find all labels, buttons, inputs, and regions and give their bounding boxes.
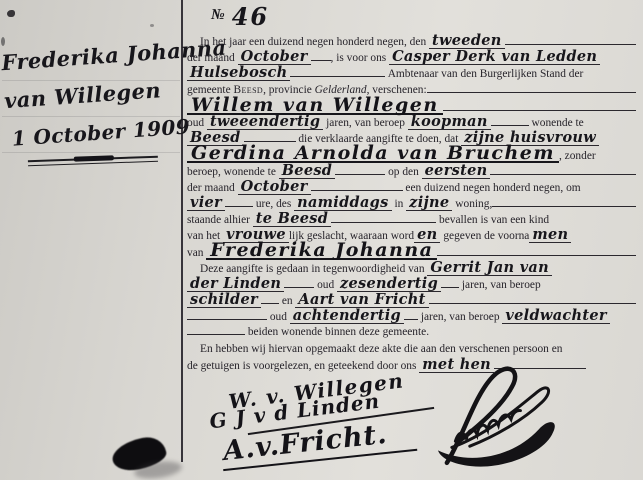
handwritten-entry: tweeendertig xyxy=(207,114,323,130)
printed-text: Ambtenaar van den Burgerlijken Stand der xyxy=(385,66,583,82)
birth-certificate-scan: Frederika Johanna van Willegen 1 October… xyxy=(0,0,643,480)
handwritten-entry: te Beesd xyxy=(253,211,331,227)
act-line: In het jaar een duizend negen honderd ne… xyxy=(187,33,636,49)
act-line: van Frederika Johanna xyxy=(187,243,636,259)
paper-speck xyxy=(1,37,5,46)
printed-text: jaren, van beroep xyxy=(459,277,541,293)
blank-rule xyxy=(187,332,245,335)
handwritten-entry: der Linden xyxy=(187,276,284,292)
blank-rule xyxy=(311,188,403,191)
handwritten-entry: Frederika Johanna xyxy=(206,243,437,260)
numero-symbol: № xyxy=(211,7,225,23)
handwritten-entry: Hulsebosch xyxy=(187,65,290,81)
blank-rule xyxy=(492,204,636,207)
printed-text: En hebben wij hiervan opgemaakt deze akt… xyxy=(200,341,562,357)
handwritten-entry: tweeden xyxy=(429,33,505,49)
handwritten-entry: Beesd xyxy=(279,163,336,179)
margin-annotation: Frederika Johanna van Willegen 1 October… xyxy=(0,32,186,158)
handwritten-entry: schilder xyxy=(187,292,261,308)
blank-rule xyxy=(443,108,636,111)
act-line: En hebben wij hiervan opgemaakt deze akt… xyxy=(187,341,636,357)
act-body: In het jaar een duizend negen honderd ne… xyxy=(187,33,636,373)
handwritten-entry: eersten xyxy=(422,163,491,179)
act-line: der maand October, is voor ons Casper De… xyxy=(187,49,636,65)
blank-rule xyxy=(335,172,385,175)
blank-rule xyxy=(331,220,436,223)
blank-rule xyxy=(505,42,636,45)
printed-text: op den xyxy=(385,164,421,180)
printed-text: , is voor ons xyxy=(331,50,390,66)
blank-rule xyxy=(491,123,529,126)
handwritten-entry: koopman xyxy=(408,114,491,130)
handwritten-entry: zesendertig xyxy=(337,276,441,292)
handwritten-entry: veldwachter xyxy=(502,308,609,324)
act-line: Deze aangifte is gedaan in tegenwoordigh… xyxy=(187,260,636,276)
blank-rule xyxy=(404,317,418,320)
act-line: Hulsebosch Ambtenaar van den Burgerlijke… xyxy=(187,65,636,81)
handwritten-entry: Casper Derk van Ledden xyxy=(389,49,600,65)
margin-divider-line xyxy=(181,0,183,462)
act-line: Willem van Willegen xyxy=(187,98,636,114)
printed-text: gegeven de voorna xyxy=(440,228,529,244)
blank-rule xyxy=(311,58,331,61)
blank-rule xyxy=(437,253,636,256)
blank-rule xyxy=(261,301,279,304)
blank-rule xyxy=(284,285,314,288)
handwritten-entry: vier xyxy=(187,195,225,211)
registrar-signature-flourish xyxy=(420,359,579,480)
blank-rule xyxy=(427,90,636,93)
margin-underline xyxy=(28,156,158,170)
ink-thick-stroke xyxy=(74,155,114,161)
act-number-value: 46 xyxy=(232,2,269,31)
handwritten-entry: Gerrit Jan van xyxy=(427,260,552,276)
handwritten-entry: Gerdina Arnolda van Bruchem xyxy=(187,146,559,163)
handwritten-entry: zijne xyxy=(406,195,452,211)
handwritten-entry: namiddags xyxy=(294,195,391,211)
act-number: №46 xyxy=(211,2,269,31)
blank-rule xyxy=(490,172,636,175)
printed-text: , zonder xyxy=(559,148,596,164)
blank-rule xyxy=(441,285,459,288)
act-line: schilder en Aart van Fricht xyxy=(187,292,636,308)
act-line: oud tweeendertig jaren, van beroep koopm… xyxy=(187,114,636,130)
printed-text: van xyxy=(187,245,206,261)
act-line: beroep, wonende te Beesd op den eersten xyxy=(187,163,636,179)
paper-speck xyxy=(7,10,15,17)
blank-rule xyxy=(290,74,385,77)
printed-text: oud xyxy=(267,309,290,325)
printed-text: beiden wonende binnen deze gemeente. xyxy=(245,324,429,340)
underline-rule xyxy=(28,161,158,167)
printed-text: jaren, van beroep xyxy=(323,115,407,131)
blank-rule xyxy=(225,204,253,207)
printed-text: in xyxy=(392,196,407,212)
printed-text: woning, xyxy=(452,196,492,212)
handwritten-entry: achtendertig xyxy=(290,308,404,324)
act-line: staande alhier te Beesd bevallen is van … xyxy=(187,211,636,227)
act-line: beiden wonende binnen deze gemeente. xyxy=(187,324,636,340)
act-line: der maand October een duizend negen hond… xyxy=(187,179,636,195)
handwritten-entry: Aart van Fricht xyxy=(295,292,428,308)
act-line: der Linden oud zesendertig jaren, van be… xyxy=(187,276,636,292)
handwritten-entry: October xyxy=(238,179,311,195)
printed-text: jaren, van beroep xyxy=(418,309,502,325)
act-line: Gerdina Arnolda van Bruchem, zonder xyxy=(187,146,636,162)
handwritten-entry: October xyxy=(238,49,311,65)
act-line: vier ure, des namiddags in zijne woning, xyxy=(187,195,636,211)
paper-speck xyxy=(150,24,154,27)
blank-rule xyxy=(187,317,267,320)
act-line: oud achtendertig jaren, van beroep veldw… xyxy=(187,308,636,324)
blank-rule xyxy=(429,301,636,304)
handwritten-entry: men xyxy=(529,227,571,243)
signature-flourish-drawing xyxy=(420,359,579,475)
